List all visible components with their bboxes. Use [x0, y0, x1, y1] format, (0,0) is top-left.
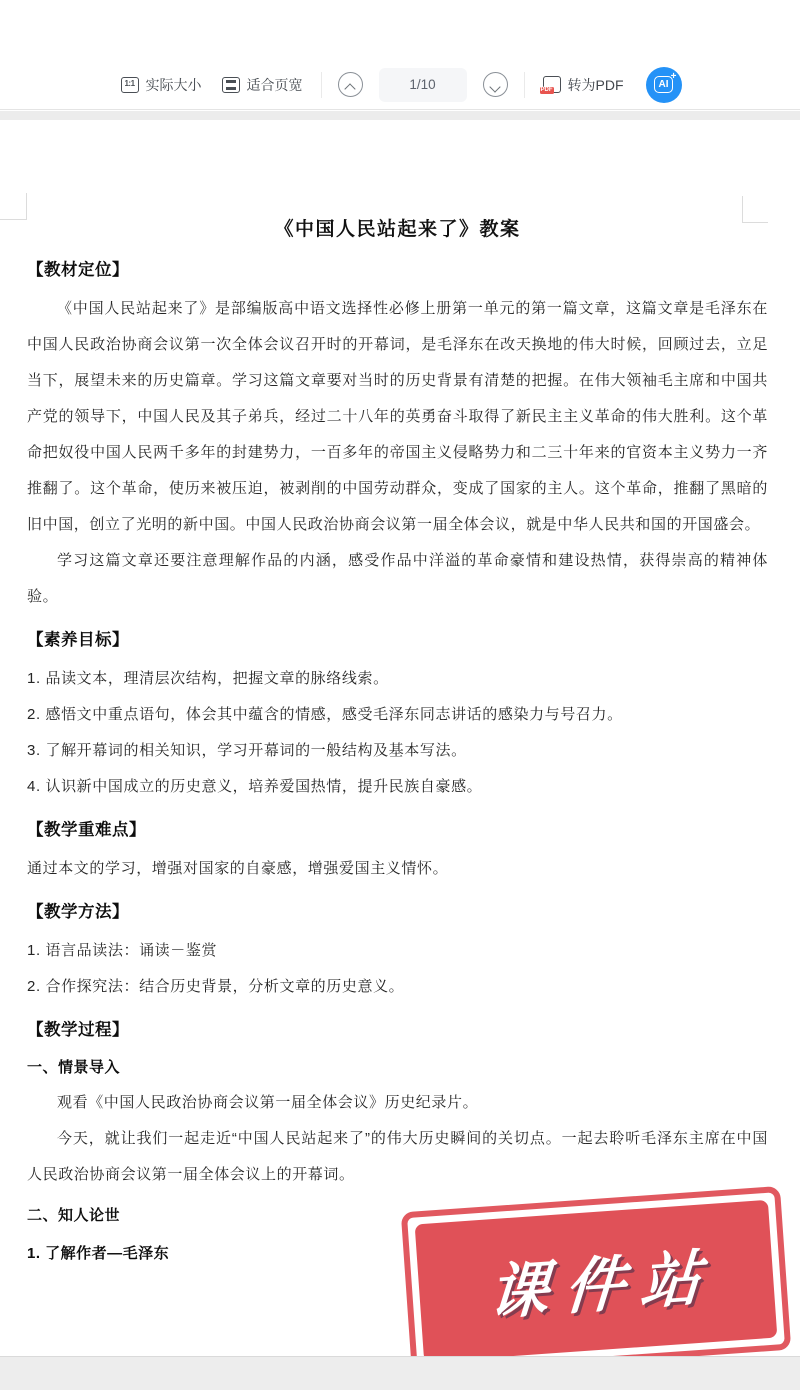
list-item: 2. 合作探究法：结合历史背景，分析文章的历史意义。: [27, 969, 768, 1005]
actual-size-label: 实际大小: [146, 75, 202, 95]
viewer-background-gap: [0, 111, 800, 120]
chevron-up-icon: [344, 83, 355, 94]
list-item: 3. 了解开幕词的相关知识，学习开幕词的一般结构及基本写法。: [27, 733, 768, 769]
viewer-bottom-gap: [0, 1356, 800, 1390]
paragraph: 学习这篇文章还要注意理解作品的内涵，感受作品中洋溢的革命豪情和建设热情，获得崇高…: [27, 543, 768, 615]
pdf-badge-label: PDF: [540, 87, 554, 94]
ai-assistant-button[interactable]: AI +: [646, 67, 682, 103]
paragraph: 今天，就让我们一起走近“中国人民站起来了”的伟大历史瞬间的关切点。一起去聆听毛泽…: [27, 1121, 768, 1193]
document-content: 《中国人民站起来了》教案 【教材定位】 《中国人民站起来了》是部编版高中语文选择…: [0, 120, 800, 1271]
watermark-stamp: 课件站: [401, 1186, 792, 1376]
next-page-button[interactable]: [483, 72, 508, 97]
pdf-file-icon: PDF: [543, 76, 561, 93]
ai-plus-icon: +: [671, 72, 677, 82]
page-indicator[interactable]: 1/10: [379, 68, 467, 102]
fit-width-button[interactable]: 适合页宽: [220, 71, 305, 99]
previous-page-button[interactable]: [338, 72, 363, 97]
chevron-down-icon: [489, 81, 500, 92]
section-heading: 【教学重难点】: [27, 815, 768, 845]
section-heading: 【教材定位】: [27, 255, 768, 285]
section-heading: 【教学过程】: [27, 1015, 768, 1045]
section-heading: 【素养目标】: [27, 625, 768, 655]
convert-to-pdf-button[interactable]: PDF 转为PDF: [541, 71, 626, 99]
convert-to-pdf-label: 转为PDF: [568, 75, 624, 95]
section-heading: 【教学方法】: [27, 897, 768, 927]
doc-title: 《中国人民站起来了》教案: [27, 215, 768, 245]
viewer-toolbar: 1:1 实际大小 适合页宽 1/10 PDF 转为PDF AI +: [0, 60, 800, 110]
fit-width-icon: [222, 77, 240, 93]
fit-width-label: 适合页宽: [247, 75, 303, 95]
list-item: 2. 感悟文中重点语句，体会其中蕴含的情感，感受毛泽东同志讲话的感染力与号召力。: [27, 697, 768, 733]
paragraph: 观看《中国人民政治协商会议第一届全体会议》历史纪录片。: [27, 1085, 768, 1121]
list-item: 1. 品读文本，理清层次结构，把握文章的脉络线索。: [27, 661, 768, 697]
list-item: 4. 认识新中国成立的历史意义，培养爱国热情，提升民族自豪感。: [27, 769, 768, 805]
actual-size-icon: 1:1: [121, 77, 139, 93]
actual-size-button[interactable]: 1:1 实际大小: [119, 71, 204, 99]
stamp-text: 课件站: [472, 1229, 719, 1333]
paragraph: 通过本文的学习，增强对国家的自豪感，增强爱国主义情怀。: [27, 851, 768, 887]
stamp-body: 课件站: [415, 1200, 778, 1362]
list-item: 1. 语言品读法：诵读－鉴赏: [27, 933, 768, 969]
toolbar-divider: [524, 72, 525, 98]
toolbar-divider: [321, 72, 322, 98]
sub-heading: 一、情景导入: [27, 1053, 768, 1083]
paragraph: 《中国人民站起来了》是部编版高中语文选择性必修上册第一单元的第一篇文章，这篇文章…: [27, 291, 768, 543]
